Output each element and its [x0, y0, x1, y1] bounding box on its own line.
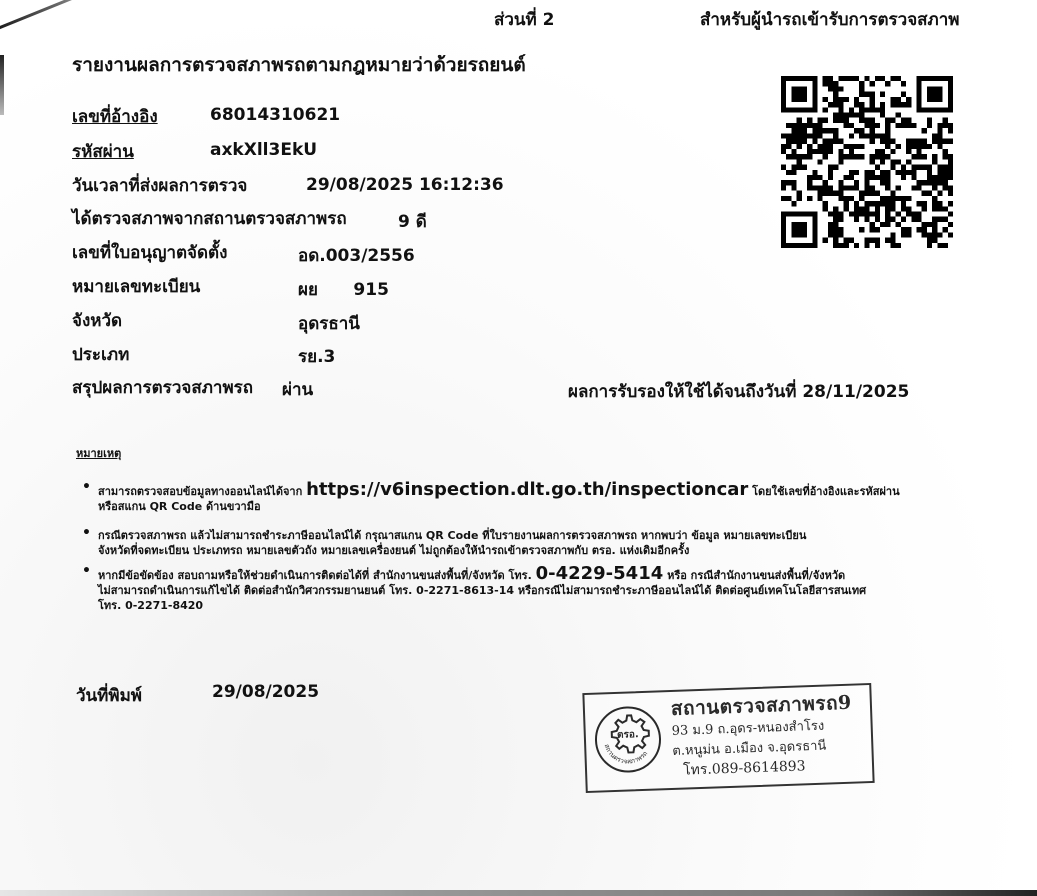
note-3-line2: ไม่สามารถดำเนินการแก้ไขได้ ติดต่อสำนักวิ…: [98, 583, 866, 598]
province-value: อุดรธานี: [298, 310, 360, 337]
note-1-text-after: โดยใช้เลขที่อ้างอิงและรหัสผ่าน: [748, 485, 899, 498]
submitted-datetime-value: 29/08/2025 16:12:36: [306, 175, 504, 195]
stamp-phone: โทร.089-8614893: [683, 755, 806, 781]
note-2-line2: จังหวัดที่จดทะเบียน ประเภทรถ หมายเลขตัวถ…: [98, 543, 806, 558]
section-audience: สำหรับผู้นำรถเข้ารับการตรวจสภาพ: [700, 6, 959, 33]
svg-text:ตรอ.: ตรอ.: [617, 729, 639, 741]
svg-text:สถานตรวจสภาพรถ: สถานตรวจสภาพรถ: [603, 742, 650, 767]
validity-date: ผลการรับรองให้ใช้ได้จนถึงวันที่ 28/11/20…: [568, 378, 909, 405]
note-online-check: • สามารถตรวจสอบข้อมูลทางออนไลน์ได้จาก ht…: [86, 482, 900, 514]
note-tax-payment: • กรณีตรวจสภาพรถ แล้วไม่สามารถชำระภาษีออ…: [86, 528, 806, 558]
registration-number-value: ผย 915: [298, 276, 389, 303]
print-date-label: วันที่พิมพ์: [76, 682, 142, 709]
paper-edge-shadow: [0, 55, 4, 115]
inspection-url-link[interactable]: https://v6inspection.dlt.go.th/inspectio…: [306, 479, 748, 500]
note-contact: • หากมีข้อขัดข้อง สอบถามหรือให้ช่วยดำเนิ…: [86, 566, 866, 613]
province-label: จังหวัด: [72, 307, 122, 334]
inspection-result-value: ผ่าน: [282, 376, 313, 403]
section-number: ส่วนที่ 2: [494, 6, 555, 33]
vehicle-type-value: รย.3: [298, 343, 335, 370]
password-label: รหัสผ่าน: [72, 138, 134, 165]
inspection-station-label: ได้ตรวจสภาพจากสถานตรวจสภาพรถ: [72, 205, 347, 232]
gear-logo-icon: ตรอ. สถานตรวจสภาพรถ: [593, 704, 663, 774]
inspection-station-stamp: ตรอ. สถานตรวจสภาพรถ สถานตรวจสภาพรถ9 93 ม…: [582, 683, 874, 793]
note-1-text-before: สามารถตรวจสอบข้อมูลทางออนไลน์ได้จาก: [98, 485, 306, 498]
inspection-result-label: สรุปผลการตรวจสภาพรถ: [72, 374, 253, 401]
reference-number-label: เลขที่อ้างอิง: [72, 103, 158, 130]
license-number-label: เลขที่ใบอนุญาตจัดตั้ง: [72, 239, 227, 266]
note-1-line2: หรือสแกน QR Code ด้านขวามือ: [98, 499, 900, 514]
license-number-value: อด.003/2556: [298, 242, 415, 269]
registration-number-label: หมายเลขทะเบียน: [72, 273, 200, 300]
note-2-line1: กรณีตรวจสภาพรถ แล้วไม่สามารถชำระภาษีออนไ…: [98, 528, 806, 543]
notes-title: หมายเหตุ: [76, 444, 121, 462]
bullet-icon: •: [82, 564, 91, 579]
inspection-station-value: 9 ดี: [398, 208, 427, 235]
print-date-value: 29/08/2025: [212, 682, 319, 702]
contact-phone-number: 0-4229-5414: [536, 563, 664, 584]
bullet-icon: •: [82, 526, 91, 541]
reference-number-value: 68014310621: [210, 105, 340, 125]
paper-bottom-edge: [0, 890, 1037, 896]
note-3-line3: โทร. 0-2271-8420: [98, 598, 866, 613]
bullet-icon: •: [82, 480, 91, 495]
submitted-datetime-label: วันเวลาที่ส่งผลการตรวจ: [72, 172, 247, 199]
qr-code-icon[interactable]: [781, 76, 953, 248]
note-3-text-after: หรือ กรณีสำนักงานขนส่งพื้นที่/จังหวัด: [663, 569, 845, 582]
document-title: รายงานผลการตรวจสภาพรถตามกฎหมายว่าด้วยรถย…: [72, 50, 526, 80]
note-3-text-before: หากมีข้อขัดข้อง สอบถามหรือให้ช่วยดำเนินก…: [98, 569, 536, 582]
password-value: axkXll3EkU: [210, 140, 317, 160]
vehicle-type-label: ประเภท: [72, 341, 129, 368]
